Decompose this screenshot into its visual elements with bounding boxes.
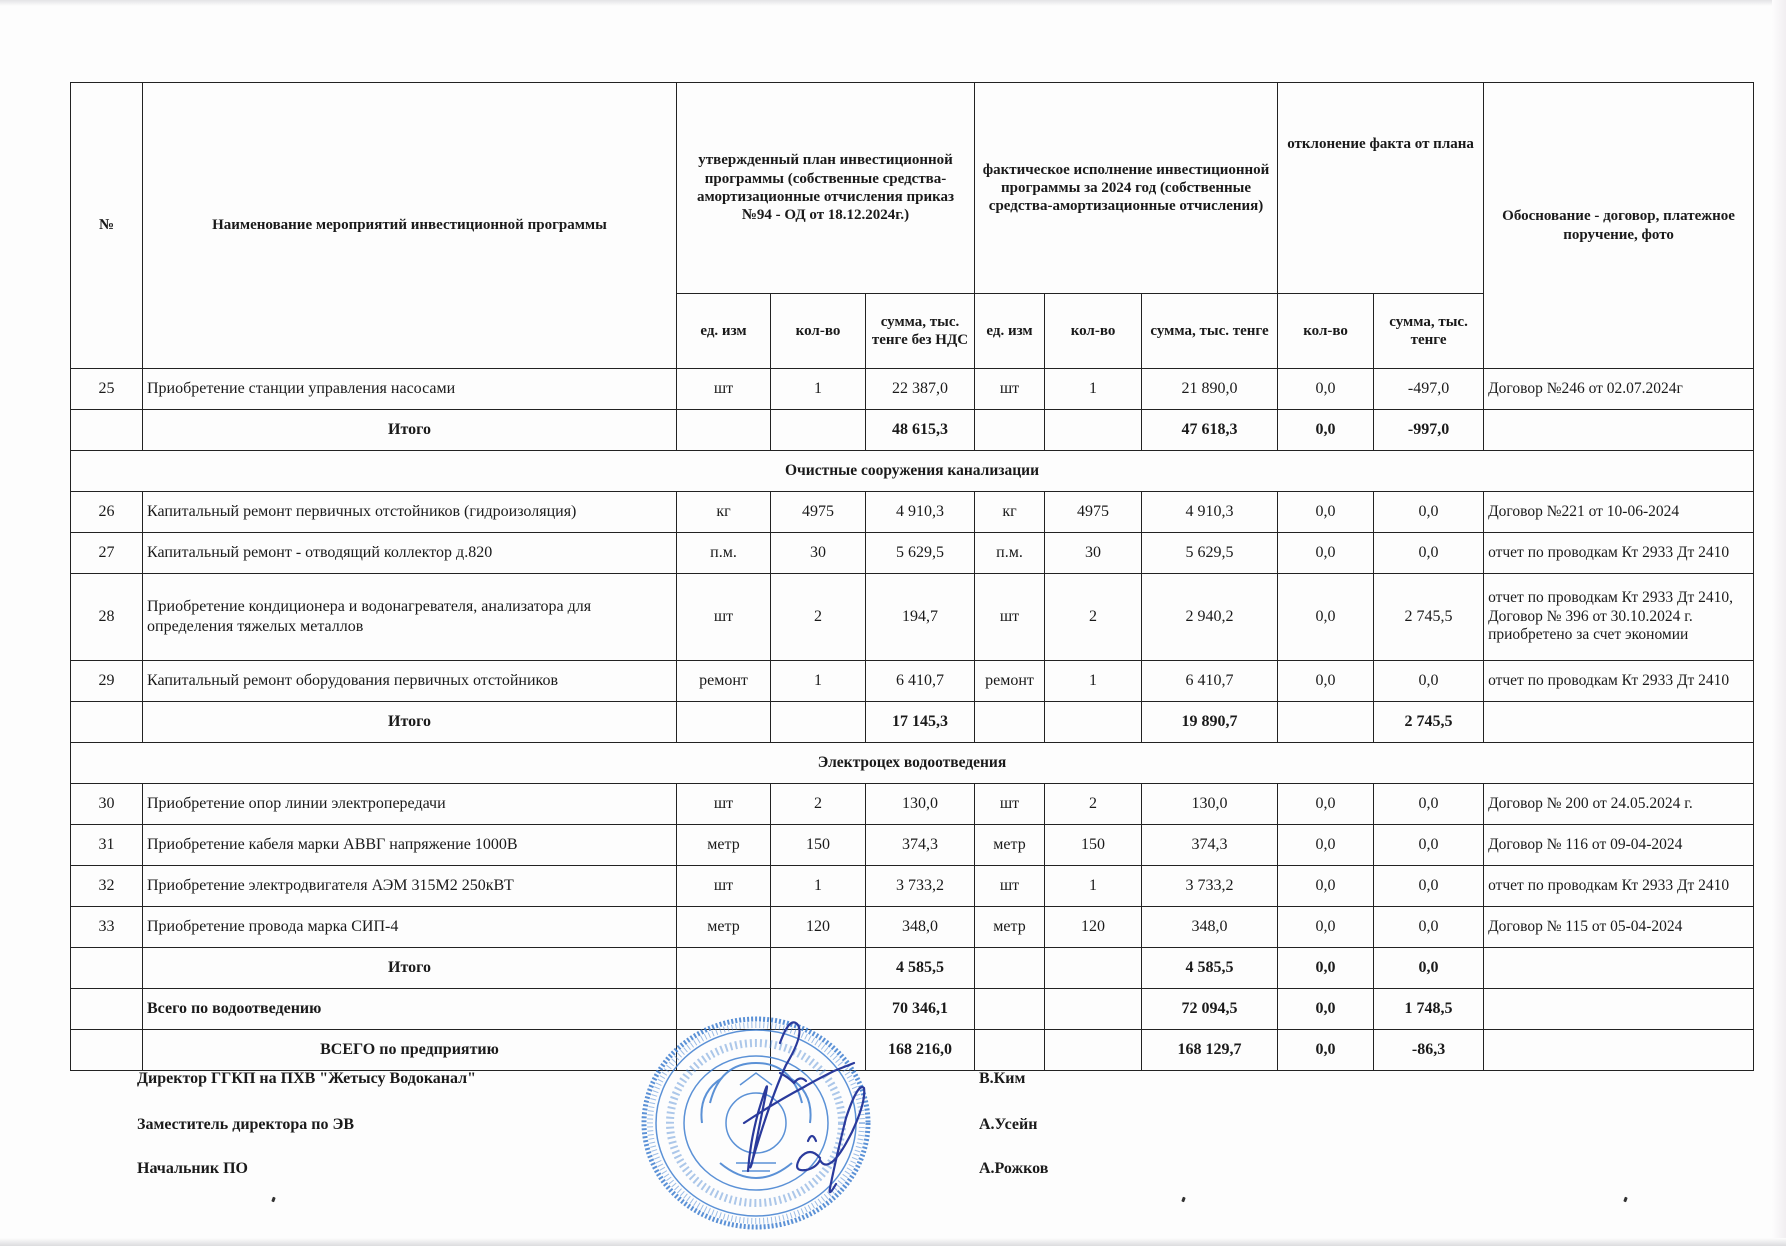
section-row: Очистные сооружения канализации xyxy=(71,451,1754,492)
subtotal-label: Итого xyxy=(143,948,677,989)
justification: отчет по проводкам Кт 2933 Дт 2410 xyxy=(1484,866,1754,907)
signatory-name: А.Усейн xyxy=(979,1116,1037,1134)
enterprise-total-row: ВСЕГО по предприятию 168 216,0 168 129,7… xyxy=(71,1030,1754,1071)
plan-unit: п.м. xyxy=(677,533,771,574)
plan-qty: 2 xyxy=(771,784,866,825)
fact-qty: 30 xyxy=(1045,533,1142,574)
fact-unit: метр xyxy=(975,907,1045,948)
dev-sum: -497,0 xyxy=(1374,369,1484,410)
fact-sum: 21 890,0 xyxy=(1142,369,1278,410)
col-header-deviation: отклонение факта от плана xyxy=(1278,83,1484,294)
signature-line-director: Директор ГГКП на ПХВ "Жетысу Водоканал" … xyxy=(137,1070,476,1094)
row-name: Приобретение электродвигателя АЭМ 315М2 … xyxy=(143,866,677,907)
plan-qty: 30 xyxy=(771,533,866,574)
dev-qty: 0,0 xyxy=(1278,661,1374,702)
row-name: Приобретение кондиционера и водонагреват… xyxy=(143,574,677,661)
justification: отчет по проводкам Кт 2933 Дт 2410 xyxy=(1484,533,1754,574)
col-header-dev-sum: сумма, тыс. тенге xyxy=(1374,294,1484,369)
fact-unit: кг xyxy=(975,492,1045,533)
plan-qty: 1 xyxy=(771,866,866,907)
plan-sum: 22 387,0 xyxy=(866,369,975,410)
sewage-total-label: Всего по водоотведению xyxy=(143,989,677,1030)
fact-sum: 168 129,7 xyxy=(1142,1030,1278,1071)
col-header-plan: утвержденный план инвестиционной програм… xyxy=(677,83,975,294)
dev-sum: 0,0 xyxy=(1374,784,1484,825)
plan-unit: шт xyxy=(677,784,771,825)
dev-sum: -86,3 xyxy=(1374,1030,1484,1071)
dev-qty: 0,0 xyxy=(1278,989,1374,1030)
dev-sum: 0,0 xyxy=(1374,866,1484,907)
scan-speck xyxy=(271,1197,276,1203)
fact-sum: 2 940,2 xyxy=(1142,574,1278,661)
col-header-plan-unit: ед. изм xyxy=(677,294,771,369)
fact-sum: 348,0 xyxy=(1142,907,1278,948)
plan-sum: 17 145,3 xyxy=(866,702,975,743)
fact-sum: 6 410,7 xyxy=(1142,661,1278,702)
row-name: Приобретение станции управления насосами xyxy=(143,369,677,410)
justification: отчет по проводкам Кт 2933 Дт 2410, Дого… xyxy=(1484,574,1754,661)
plan-unit: метр xyxy=(677,907,771,948)
plan-unit: ремонт xyxy=(677,661,771,702)
dev-sum: -997,0 xyxy=(1374,410,1484,451)
fact-sum: 130,0 xyxy=(1142,784,1278,825)
plan-sum: 374,3 xyxy=(866,825,975,866)
signatory-position: Директор ГГКП на ПХВ "Жетысу Водоканал" xyxy=(137,1070,476,1087)
section-title: Электроцех водоотведения xyxy=(71,743,1754,784)
section-title: Очистные сооружения канализации xyxy=(71,451,1754,492)
fact-qty: 1 xyxy=(1045,369,1142,410)
row-name: Капитальный ремонт первичных отстойников… xyxy=(143,492,677,533)
row-no: 28 xyxy=(71,574,143,661)
dev-sum: 2 745,5 xyxy=(1374,702,1484,743)
scan-edge-bottom xyxy=(0,1238,1786,1246)
table-row: 33 Приобретение провода марка СИП-4 метр… xyxy=(71,907,1754,948)
row-no: 27 xyxy=(71,533,143,574)
dev-qty: 0,0 xyxy=(1278,948,1374,989)
dev-sum: 0,0 xyxy=(1374,825,1484,866)
subtotal-row: Итого 4 585,5 4 585,5 0,0 0,0 xyxy=(71,948,1754,989)
dev-qty: 0,0 xyxy=(1278,410,1374,451)
fact-sum: 72 094,5 xyxy=(1142,989,1278,1030)
row-no: 32 xyxy=(71,866,143,907)
col-header-dev-qty: кол-во xyxy=(1278,294,1374,369)
row-name: Капитальный ремонт - отводящий коллектор… xyxy=(143,533,677,574)
subtotal-row: Итого 48 615,3 47 618,3 0,0 -997,0 xyxy=(71,410,1754,451)
header-row: № Наименование мероприятий инвестиционно… xyxy=(71,83,1754,294)
plan-unit: шт xyxy=(677,574,771,661)
dev-sum: 0,0 xyxy=(1374,907,1484,948)
subtotal-label: Итого xyxy=(143,410,677,451)
fact-sum: 3 733,2 xyxy=(1142,866,1278,907)
plan-sum: 5 629,5 xyxy=(866,533,975,574)
row-no: 33 xyxy=(71,907,143,948)
sewage-total-row: Всего по водоотведению 70 346,1 72 094,5… xyxy=(71,989,1754,1030)
fact-unit: шт xyxy=(975,369,1045,410)
dev-sum: 0,0 xyxy=(1374,492,1484,533)
plan-qty: 120 xyxy=(771,907,866,948)
fact-unit: п.м. xyxy=(975,533,1045,574)
justification: Договор №221 от 10-06-2024 xyxy=(1484,492,1754,533)
fact-qty: 2 xyxy=(1045,574,1142,661)
table-row: 26 Капитальный ремонт первичных отстойни… xyxy=(71,492,1754,533)
official-stamp xyxy=(640,1013,872,1231)
plan-qty: 2 xyxy=(771,574,866,661)
plan-sum: 4 585,5 xyxy=(866,948,975,989)
fact-qty: 1 xyxy=(1045,866,1142,907)
row-name: Приобретение опор линии электропередачи xyxy=(143,784,677,825)
row-no: 30 xyxy=(71,784,143,825)
col-header-no: № xyxy=(71,83,143,369)
justification: Договор № 115 от 05-04-2024 xyxy=(1484,907,1754,948)
section-row: Электроцех водоотведения xyxy=(71,743,1754,784)
justification: отчет по проводкам Кт 2933 Дт 2410 xyxy=(1484,661,1754,702)
investment-program-table: № Наименование мероприятий инвестиционно… xyxy=(70,82,1754,1071)
fact-sum: 4 585,5 xyxy=(1142,948,1278,989)
plan-sum: 348,0 xyxy=(866,907,975,948)
scan-speck xyxy=(1623,1197,1628,1203)
fact-qty: 1 xyxy=(1045,661,1142,702)
row-no: 25 xyxy=(71,369,143,410)
table-row: 27 Капитальный ремонт - отводящий коллек… xyxy=(71,533,1754,574)
row-no: 29 xyxy=(71,661,143,702)
table-row: 29 Капитальный ремонт оборудования перви… xyxy=(71,661,1754,702)
dev-sum: 1 748,5 xyxy=(1374,989,1484,1030)
plan-sum: 48 615,3 xyxy=(866,410,975,451)
plan-unit: шт xyxy=(677,369,771,410)
table-row: 25 Приобретение станции управления насос… xyxy=(71,369,1754,410)
dev-qty: 0,0 xyxy=(1278,784,1374,825)
plan-sum: 3 733,2 xyxy=(866,866,975,907)
plan-qty: 150 xyxy=(771,825,866,866)
justification: Договор № 116 от 09-04-2024 xyxy=(1484,825,1754,866)
plan-sum: 130,0 xyxy=(866,784,975,825)
plan-sum: 6 410,7 xyxy=(866,661,975,702)
plan-sum: 194,7 xyxy=(866,574,975,661)
fact-sum: 19 890,7 xyxy=(1142,702,1278,743)
row-no: 31 xyxy=(71,825,143,866)
row-name: Приобретение провода марка СИП-4 xyxy=(143,907,677,948)
dev-qty: 0,0 xyxy=(1278,492,1374,533)
fact-qty: 2 xyxy=(1045,784,1142,825)
col-header-fact-unit: ед. изм xyxy=(975,294,1045,369)
plan-sum: 4 910,3 xyxy=(866,492,975,533)
fact-unit: шт xyxy=(975,574,1045,661)
dev-qty: 0,0 xyxy=(1278,825,1374,866)
fact-unit: шт xyxy=(975,866,1045,907)
dev-qty xyxy=(1278,702,1374,743)
dev-qty: 0,0 xyxy=(1278,907,1374,948)
plan-unit: шт xyxy=(677,866,771,907)
plan-qty: 1 xyxy=(771,661,866,702)
plan-unit: метр xyxy=(677,825,771,866)
justification: Договор №246 от 02.07.2024г xyxy=(1484,369,1754,410)
dev-qty: 0,0 xyxy=(1278,533,1374,574)
subtotal-row: Итого 17 145,3 19 890,7 2 745,5 xyxy=(71,702,1754,743)
plan-qty: 4975 xyxy=(771,492,866,533)
fact-unit: ремонт xyxy=(975,661,1045,702)
dev-sum: 0,0 xyxy=(1374,661,1484,702)
dev-qty: 0,0 xyxy=(1278,369,1374,410)
signature-line-head-po: Начальник ПО А.Рожков xyxy=(137,1160,248,1184)
fact-qty: 150 xyxy=(1045,825,1142,866)
plan-sum: 168 216,0 xyxy=(866,1030,975,1071)
table-row: 28 Приобретение кондиционера и водонагре… xyxy=(71,574,1754,661)
col-header-justification: Обоснование - договор, платежное поручен… xyxy=(1484,83,1754,369)
row-no: 26 xyxy=(71,492,143,533)
dev-qty: 0,0 xyxy=(1278,1030,1374,1071)
signatory-name: В.Ким xyxy=(979,1070,1025,1088)
plan-qty: 1 xyxy=(771,369,866,410)
fact-sum: 47 618,3 xyxy=(1142,410,1278,451)
scan-edge-top xyxy=(0,0,1786,6)
row-name: Приобретение кабеля марки АВВГ напряжени… xyxy=(143,825,677,866)
dev-sum: 0,0 xyxy=(1374,533,1484,574)
table-row: 31 Приобретение кабеля марки АВВГ напряж… xyxy=(71,825,1754,866)
plan-unit: кг xyxy=(677,492,771,533)
subtotal-label: Итого xyxy=(143,702,677,743)
fact-unit: метр xyxy=(975,825,1045,866)
fact-unit: шт xyxy=(975,784,1045,825)
fact-qty: 120 xyxy=(1045,907,1142,948)
justification: Договор № 200 от 24.05.2024 г. xyxy=(1484,784,1754,825)
fact-sum: 4 910,3 xyxy=(1142,492,1278,533)
col-header-fact-sum: сумма, тыс. тенге xyxy=(1142,294,1278,369)
signatory-position: Начальник ПО xyxy=(137,1160,248,1177)
col-header-name: Наименование мероприятий инвестиционной … xyxy=(143,83,677,369)
col-header-fact-qty: кол-во xyxy=(1045,294,1142,369)
scan-edge-right xyxy=(1772,0,1786,1246)
row-name: Капитальный ремонт оборудования первичны… xyxy=(143,661,677,702)
enterprise-total-label: ВСЕГО по предприятию xyxy=(143,1030,677,1071)
table-row: 30 Приобретение опор линии электропереда… xyxy=(71,784,1754,825)
signatory-name: А.Рожков xyxy=(979,1160,1048,1178)
plan-sum: 70 346,1 xyxy=(866,989,975,1030)
col-header-plan-sum: сумма, тыс. тенге без НДС xyxy=(866,294,975,369)
dev-sum: 2 745,5 xyxy=(1374,574,1484,661)
fact-qty: 4975 xyxy=(1045,492,1142,533)
dev-sum: 0,0 xyxy=(1374,948,1484,989)
col-header-fact: фактическое исполнение инвестиционной пр… xyxy=(975,83,1278,294)
fact-sum: 5 629,5 xyxy=(1142,533,1278,574)
scan-speck xyxy=(1181,1197,1186,1203)
fact-sum: 374,3 xyxy=(1142,825,1278,866)
dev-qty: 0,0 xyxy=(1278,866,1374,907)
table-row: 32 Приобретение электродвигателя АЭМ 315… xyxy=(71,866,1754,907)
dev-qty: 0,0 xyxy=(1278,574,1374,661)
signature-line-deputy: Заместитель директора по ЭВ А.Усейн xyxy=(137,1116,354,1140)
signatory-position: Заместитель директора по ЭВ xyxy=(137,1116,354,1133)
col-header-plan-qty: кол-во xyxy=(771,294,866,369)
